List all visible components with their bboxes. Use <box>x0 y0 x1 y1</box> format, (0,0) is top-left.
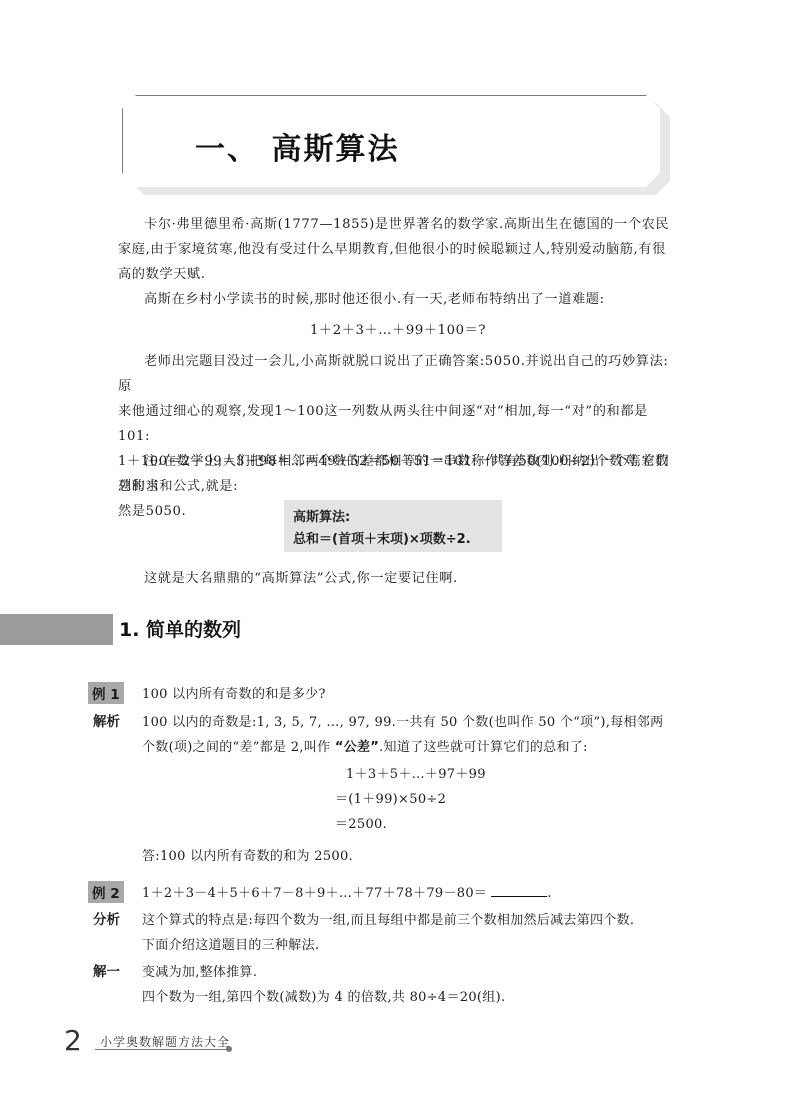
book-title: 小学奥数解题方法大全 <box>100 1033 230 1050</box>
example-1-question: 100 以内所有奇数的和是多少? <box>142 683 326 702</box>
calc-line-3: ＝2500. <box>335 813 387 832</box>
intro-paragraph-1: 卡尔·弗里德里希·高斯(1777—1855)是世界著名的数学家.高斯出生在德国的… <box>118 212 678 287</box>
calc-line-1: 1＋3＋5＋…＋97＋99 <box>346 763 486 782</box>
example-1-tag: 例 1 <box>88 682 124 704</box>
formula-expression: 总和＝(首项＋末项)×项数÷2. <box>293 528 471 547</box>
formula-title: 高斯算法: <box>293 506 350 525</box>
example-1-analysis-tag: 解析 <box>93 710 120 730</box>
answer-blank <box>491 884 547 897</box>
chapter-title: 一、 高斯算法 <box>195 124 399 168</box>
solution-1-line-1: 变减为加,整体推算. <box>142 961 257 980</box>
example-2-analysis-line-2: 下面介绍这道题目的三种解法. <box>142 934 319 953</box>
footer-dot-icon <box>226 1046 232 1052</box>
question-expression: 1＋2＋3－4＋5＋6＋7－8＋9＋…＋77＋78＋79－80＝ <box>142 886 487 901</box>
solution-1-line-2: 四个数为一组,第四个数(减数)为 4 的倍数,共 80÷4＝20(组). <box>142 986 505 1005</box>
text-span: . <box>547 886 551 901</box>
example-2-analysis-tag: 分析 <box>93 908 120 928</box>
text-line: 老师出完题目没过一会儿,小高斯就脱口说出了正确答案:5050.并说出自己的巧妙算… <box>118 349 678 399</box>
term-common-difference: “公差” <box>335 740 379 755</box>
example-1-answer: 答:100 以内所有奇数的和为 2500. <box>142 845 353 864</box>
example-1-analysis-line-1: 100 以内的奇数是:1, 3, 5, 7, …, 97, 99.一共有 50 … <box>142 711 702 730</box>
text-line: 注:在数学上,人们把每相邻两个数的差都相等的一串数称作等差数列.归纳出一个等差数 <box>118 449 678 474</box>
text-line: 卡尔·弗里德里希·高斯(1777—1855)是世界著名的数学家.高斯出生在德国的… <box>118 212 678 237</box>
note-paragraph: 注:在数学上,人们把每相邻两个数的差都相等的一串数称作等差数列.归纳出一个等差数… <box>118 449 678 499</box>
solution-1-tag: 解一 <box>93 960 120 980</box>
example-2-tag: 例 2 <box>88 881 124 903</box>
closing-paragraph: 这就是大名鼎鼎的“高斯算法”公式,你一定要记住啊. <box>118 566 678 591</box>
example-2-analysis-line-1: 这个算式的特点是:每四个数为一组,而且每组中都是前三个数相加然后减去第四个数. <box>142 909 702 928</box>
page-number: 2 <box>64 1024 82 1057</box>
text-line: 高的数学天赋. <box>118 262 678 287</box>
text-line: 家庭,由于家境贫寒,他没有受过什么早期教育,但他很小的时候聪颖过人,特别爱动脑筋… <box>118 237 678 262</box>
section-bar <box>0 614 113 645</box>
footer-rule <box>95 1049 228 1050</box>
example-1-analysis-line-2: 个数(项)之间的“差”都是 2,叫作 “公差”.知道了这些就可计算它们的总和了: <box>142 736 702 755</box>
section-title: 1. 简单的数列 <box>119 615 241 642</box>
text-span: 个数(项)之间的“差”都是 2,叫作 <box>142 740 335 755</box>
gauss-problem: 1＋2＋3＋…＋99＋100＝? <box>118 318 678 343</box>
text-line: 来他通过细心的观察,发现1～100这一列数从两头往中间逐“对”相加,每一“对”的… <box>118 399 678 449</box>
text-line: 列的求和公式,就是: <box>118 474 678 499</box>
example-2-question: 1＋2＋3－4＋5＋6＋7－8＋9＋…＋77＋78＋79－80＝. <box>142 882 552 901</box>
calc-line-2: ＝(1＋99)×50÷2 <box>335 788 446 807</box>
intro-paragraph-2: 高斯在乡村小学读书的时候,那时他还很小.有一天,老师布特纳出了一道难题: <box>118 287 678 312</box>
text-span: .知道了这些就可计算它们的总和了: <box>379 740 588 755</box>
